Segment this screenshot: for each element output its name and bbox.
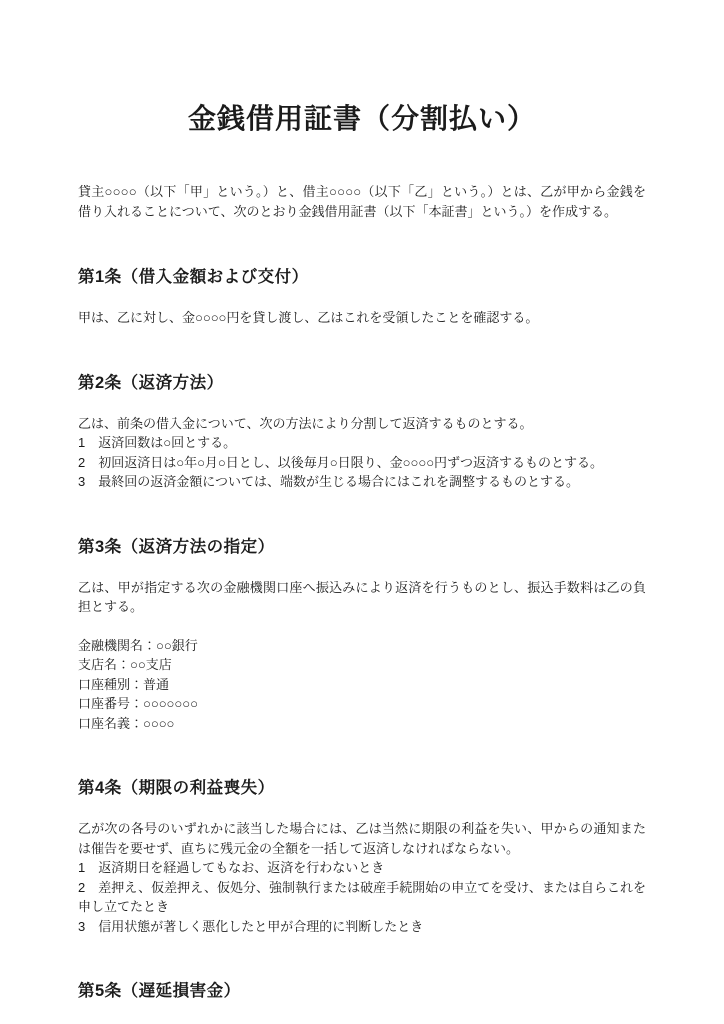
article-2-items: 1 返済回数は○回とする。 2 初回返済日は○年○月○日とし、以後毎月○日限り、…	[78, 433, 646, 492]
article-2-item-2: 2 初回返済日は○年○月○日とし、以後毎月○日限り、金○○○○円ずつ返済するもの…	[78, 453, 646, 473]
article-2-item-1: 1 返済回数は○回とする。	[78, 433, 646, 453]
article-4-item-3: 3 信用状態が著しく悪化したと甲が合理的に判断したとき	[78, 917, 646, 937]
article-3-heading: 第3条（返済方法の指定）	[78, 536, 646, 558]
article-4-body: 乙が次の各号のいずれかに該当した場合には、乙は当然に期限の利益を失い、甲からの通…	[78, 819, 646, 858]
article-1-body: 甲は、乙に対し、金○○○○円を貸し渡し、乙はこれを受領したことを確認する。	[78, 308, 646, 328]
intro-paragraph: 貸主○○○○（以下「甲」という。）と、借主○○○○（以下「乙」という。）とは、乙…	[78, 182, 646, 222]
document-title: 金銭借用証書（分割払い）	[78, 0, 646, 138]
document-page: 金銭借用証書（分割払い） 貸主○○○○（以下「甲」という。）と、借主○○○○（以…	[0, 0, 724, 1024]
article-2: 第2条（返済方法） 乙は、前条の借入金について、次の方法により分割して返済するも…	[78, 372, 646, 492]
bank-detail-account-holder: 口座名義：○○○○	[78, 714, 646, 734]
article-3: 第3条（返済方法の指定） 乙は、甲が指定する次の金融機関口座へ振込みにより返済を…	[78, 536, 646, 734]
article-2-body: 乙は、前条の借入金について、次の方法により分割して返済するものとする。	[78, 414, 646, 434]
bank-detail-institution: 金融機関名：○○銀行	[78, 636, 646, 656]
article-5-heading: 第5条（遅延損害金）	[78, 980, 646, 1002]
article-4-item-1: 1 返済期日を経過してもなお、返済を行わないとき	[78, 858, 646, 878]
bank-detail-account-type: 口座種別：普通	[78, 675, 646, 695]
article-4: 第4条（期限の利益喪失） 乙が次の各号のいずれかに該当した場合には、乙は当然に期…	[78, 777, 646, 936]
article-2-heading: 第2条（返済方法）	[78, 372, 646, 394]
article-4-item-2: 2 差押え、仮差押え、仮処分、強制執行または破産手続開始の申立てを受け、または自…	[78, 878, 646, 917]
article-5: 第5条（遅延損害金）	[78, 980, 646, 1002]
article-4-heading: 第4条（期限の利益喪失）	[78, 777, 646, 799]
bank-details-list: 金融機関名：○○銀行 支店名：○○支店 口座種別：普通 口座番号：○○○○○○○…	[78, 636, 646, 734]
article-1-heading: 第1条（借入金額および交付）	[78, 266, 646, 288]
article-3-body: 乙は、甲が指定する次の金融機関口座へ振込みにより返済を行うものとし、振込手数料は…	[78, 578, 646, 617]
article-4-items: 1 返済期日を経過してもなお、返済を行わないとき 2 差押え、仮差押え、仮処分、…	[78, 858, 646, 936]
bank-detail-account-number: 口座番号：○○○○○○○	[78, 694, 646, 714]
article-1: 第1条（借入金額および交付） 甲は、乙に対し、金○○○○円を貸し渡し、乙はこれを…	[78, 266, 646, 328]
bank-detail-branch: 支店名：○○支店	[78, 655, 646, 675]
article-2-item-3: 3 最終回の返済金額については、端数が生じる場合にはこれを調整するものとする。	[78, 472, 646, 492]
